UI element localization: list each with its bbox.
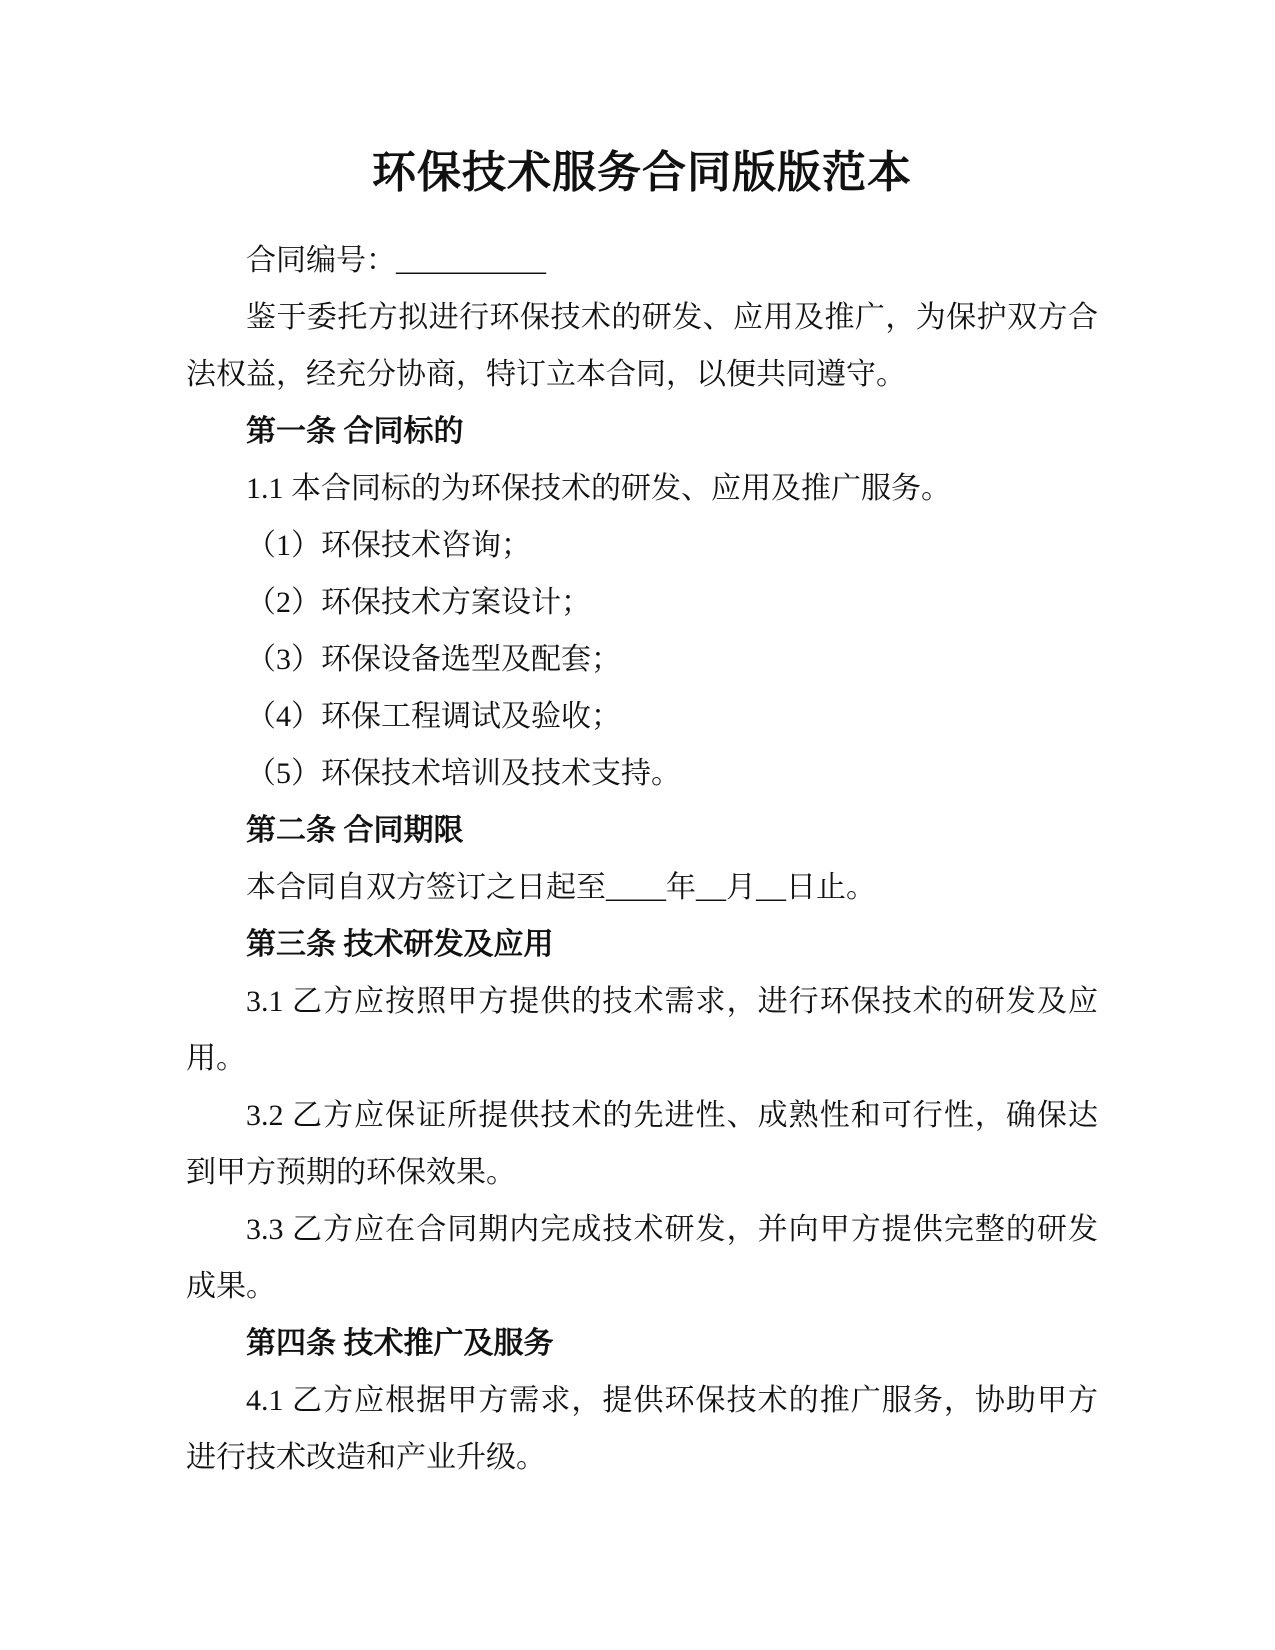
- list-item-2: （2）环保技术方案设计；: [186, 574, 1098, 631]
- article-2-heading: 第二条 合同期限: [186, 802, 1098, 859]
- article-3-heading: 第三条 技术研发及应用: [186, 916, 1098, 973]
- document-title: 环保技术服务合同版版范本: [186, 146, 1098, 200]
- contract-number-blank: __________: [396, 244, 546, 277]
- contract-document-page: 环保技术服务合同版版范本 合同编号：__________ 鉴于委托方拟进行环保技…: [0, 0, 1275, 1650]
- list-item-5: （5）环保技术培训及技术支持。: [186, 745, 1098, 802]
- article-1-heading: 第一条 合同标的: [186, 403, 1098, 460]
- contract-number-label: 合同编号：: [246, 244, 396, 277]
- document-body: 合同编号：__________ 鉴于委托方拟进行环保技术的研发、应用及推广，为保…: [186, 232, 1098, 1486]
- clause-1-1: 1.1 本合同标的为环保技术的研发、应用及推广服务。: [186, 460, 1098, 517]
- intro-paragraph: 鉴于委托方拟进行环保技术的研发、应用及推广，为保护双方合法权益，经充分协商，特订…: [186, 289, 1098, 403]
- article-4-heading: 第四条 技术推广及服务: [186, 1315, 1098, 1372]
- contract-number-line: 合同编号：__________: [186, 232, 1098, 289]
- clause-4-1: 4.1 乙方应根据甲方需求，提供环保技术的推广服务，协助甲方进行技术改造和产业升…: [186, 1372, 1098, 1486]
- list-item-1: （1）环保技术咨询；: [186, 517, 1098, 574]
- document-content: 环保技术服务合同版版范本 合同编号：__________ 鉴于委托方拟进行环保技…: [186, 0, 1098, 1486]
- list-item-4: （4）环保工程调试及验收；: [186, 688, 1098, 745]
- clause-term-line: 本合同自双方签订之日起至____年__月__日止。: [186, 859, 1098, 916]
- clause-3-3: 3.3 乙方应在合同期内完成技术研发，并向甲方提供完整的研发成果。: [186, 1201, 1098, 1315]
- clause-3-2: 3.2 乙方应保证所提供技术的先进性、成熟性和可行性，确保达到甲方预期的环保效果…: [186, 1087, 1098, 1201]
- clause-3-1: 3.1 乙方应按照甲方提供的技术需求，进行环保技术的研发及应用。: [186, 973, 1098, 1087]
- list-item-3: （3）环保设备选型及配套；: [186, 631, 1098, 688]
